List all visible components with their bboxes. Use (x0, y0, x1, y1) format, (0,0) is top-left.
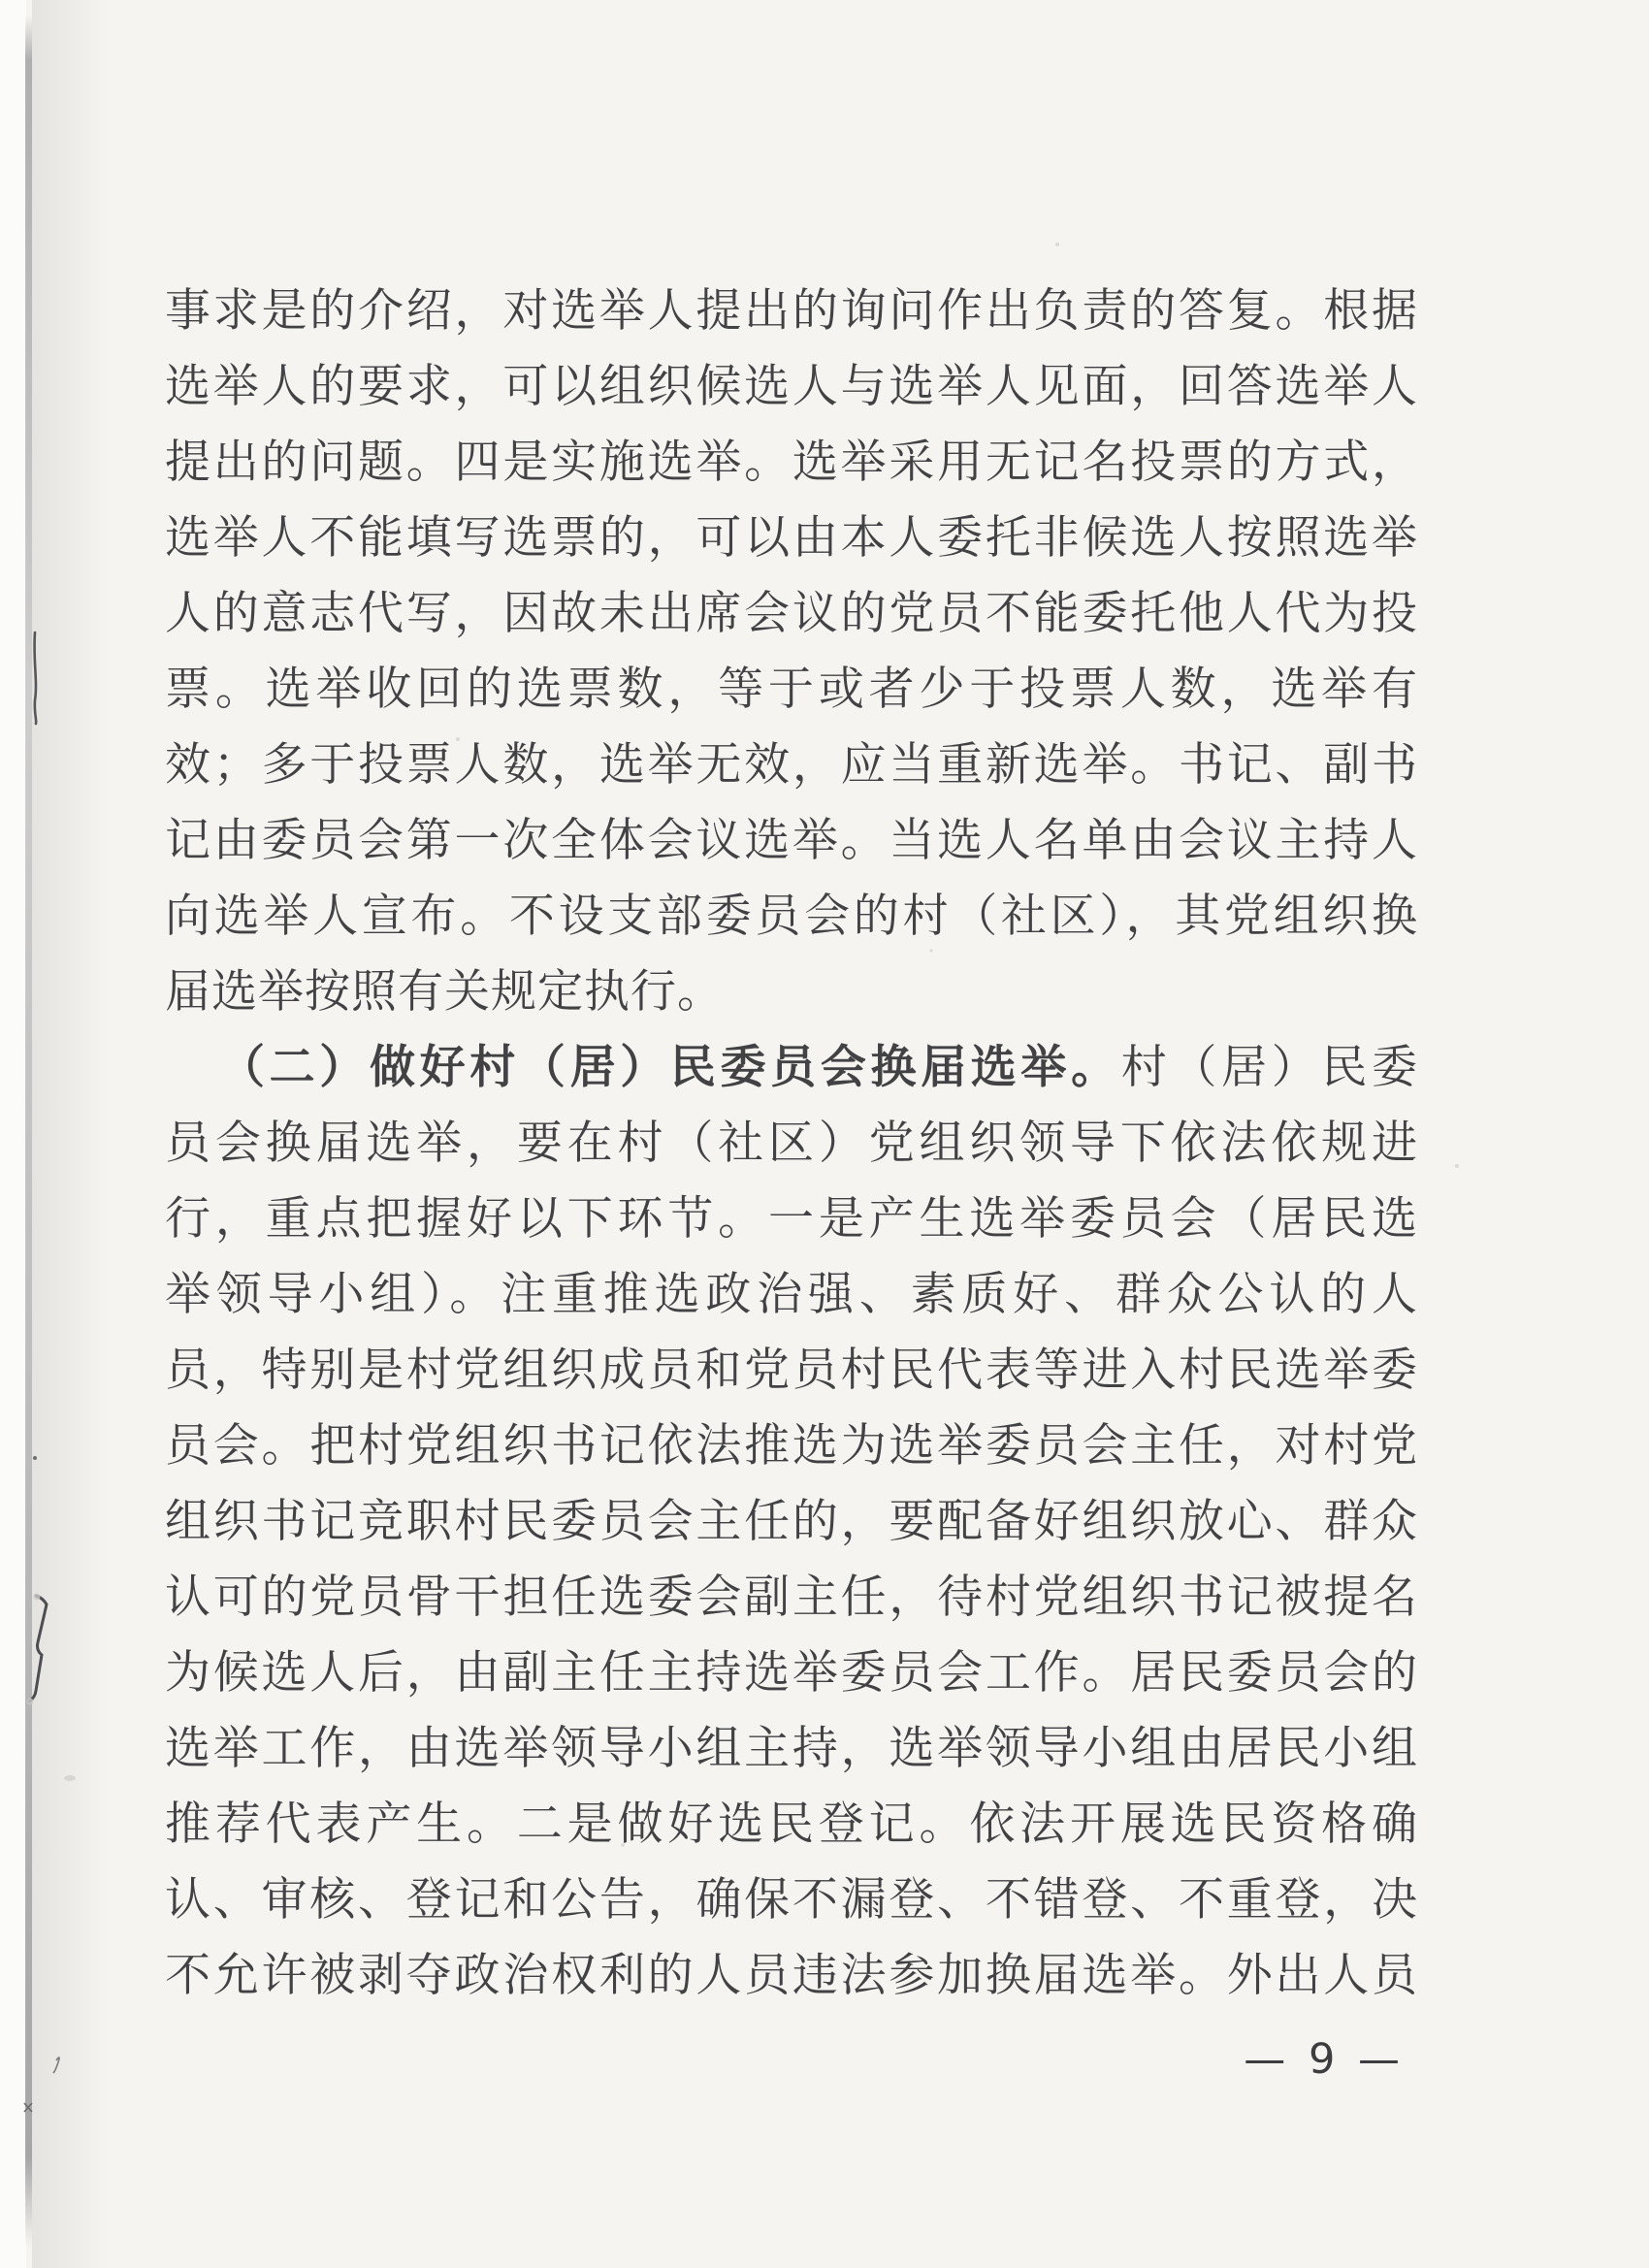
scanned-document-page: { "document": { "paragraph1": { "lines":… (0, 0, 1649, 2268)
text-line-13: 行，重点把握好以下环节。一是产生选举委员会（居民选 (165, 1182, 1418, 1257)
staple-end-glint (34, 1594, 41, 1601)
text-line-18: 认可的党员骨干担任选委会副主任，待村党组织书记被提名 (165, 1560, 1418, 1636)
text-line-2: 选举人的要求，可以组织候选人与选举人见面，回答选举人 (165, 349, 1418, 425)
text-line-16: 员会。把村党组织书记依法推选为选举委员会主任，对村党 (165, 1409, 1418, 1484)
text-line-4: 选举人不能填写选票的，可以由本人委托非候选人按照选举 (165, 501, 1418, 576)
text-line-10: 届选举按照有关规定执行。 (165, 955, 1418, 1030)
text-line-20: 选举工作，由选举领导小组主持，选举领导小组由居民小组 (165, 1711, 1418, 1787)
ink-cross-mark (24, 2103, 32, 2112)
text-line-3: 提出的问题。四是实施选举。选举采用无记名投票的方式， (165, 425, 1418, 501)
ink-squiggle (53, 2057, 59, 2073)
staple-end-glint (27, 1699, 34, 1705)
text-line-14: 举领导小组）。注重推选政治强、素质好、群众公认的人 (165, 1257, 1418, 1333)
text-line-12: 员会换届选举，要在村（社区）党组织领导下依法依规进 (165, 1106, 1418, 1182)
text-line-17: 组织书记竞职村民委员会主任的，要配备好组织放心、群众 (165, 1484, 1418, 1560)
text-line-11-section-heading: （二）做好村（居）民委员会换届选举。村（居）民委 (165, 1030, 1418, 1106)
ink-speck (33, 1456, 37, 1460)
text-line-5: 人的意志代写，因故未出席会议的党员不能委托他人代为投 (165, 576, 1418, 652)
section-heading-continuation: 村（居）民委 (1121, 1041, 1418, 1094)
paper-smudge (64, 1775, 76, 1781)
staple-mark-top (35, 632, 37, 724)
text-line-1: 事求是的介绍，对选举人提出的询问作出负责的答复。根据 (165, 274, 1418, 349)
text-line-21: 推荐代表产生。二是做好选民登记。依法开展选民资格确 (165, 1787, 1418, 1863)
text-line-6: 票。选举收回的选票数，等于或者少于投票人数，选举有 (165, 652, 1418, 728)
text-line-23: 不允许被剥夺政治权利的人员违法参加换届选举。外出人员 (165, 1938, 1418, 2014)
page-number: — 9 — (1244, 2035, 1405, 2084)
staple-mark-bottom (29, 1596, 47, 1701)
text-line-19: 为候选人后，由副主任主持选举委员会工作。居民委员会的 (165, 1636, 1418, 1711)
text-line-8: 记由委员会第一次全体会议选举。当选人名单由会议主持人 (165, 803, 1418, 879)
text-line-7: 效；多于投票人数，选举无效，应当重新选举。书记、副书 (165, 728, 1418, 803)
section-heading-bold: （二）做好村（居）民委员会换届选举。 (219, 1041, 1121, 1094)
text-line-15: 员，特别是村党组织成员和党员村民代表等进入村民选举委 (165, 1333, 1418, 1409)
text-line-9: 向选举人宣布。不设支部委员会的村（社区），其党组织换 (165, 879, 1418, 955)
document-body: 事求是的介绍，对选举人提出的询问作出负责的答复。根据 选举人的要求，可以组织候选… (165, 274, 1418, 2014)
text-line-22: 认、审核、登记和公告，确保不漏登、不错登、不重登，决 (165, 1863, 1418, 1938)
